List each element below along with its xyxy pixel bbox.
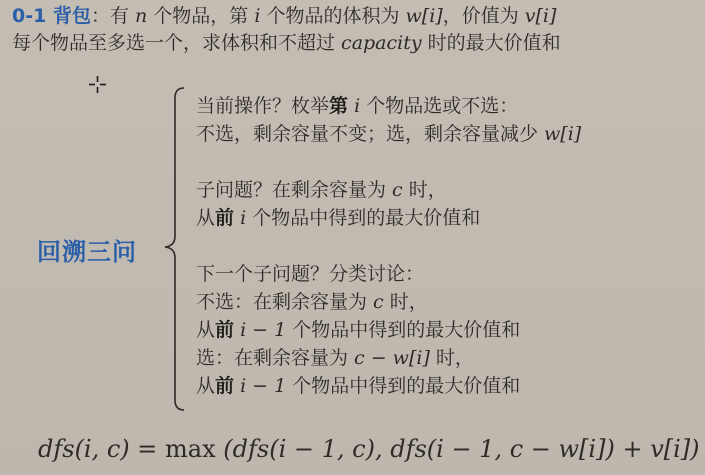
statement-line-2: 每个物品至多选一个，求体积和不超过 capacity 时的最大价值和 <box>12 30 561 57</box>
question-list: 当前操作？枚举第 i 个物品选或不选： 不选，剩余容量不变；选，剩余容量减少 w… <box>196 92 581 400</box>
question-subproblem: 子问题？在剩余容量为 c 时， 从前 i 个物品中得到的最大价值和 <box>196 176 581 232</box>
problem-statement: 0-1 背包：有 n 个物品，第 i 个物品的体积为 w[i]，价值为 v[i]… <box>12 3 561 57</box>
statement-line-1: 0-1 背包：有 n 个物品，第 i 个物品的体积为 w[i]，价值为 v[i] <box>12 3 561 30</box>
title: 0-1 背包 <box>12 5 91 27</box>
question-next-subproblem: 下一个子问题？分类讨论： 不选：在剩余容量为 c 时， 从前 i − 1 个物品… <box>196 260 581 400</box>
backtracking-three-questions-label: 回溯三问 <box>37 232 137 267</box>
left-curly-brace-icon <box>160 86 190 412</box>
recurrence-formula: dfs(i, c) = max (dfs(i − 1, c), dfs(i − … <box>38 435 700 463</box>
question-current-operation: 当前操作？枚举第 i 个物品选或不选： 不选，剩余容量不变；选，剩余容量减少 w… <box>196 92 581 148</box>
crosshair-cursor-icon <box>89 76 106 93</box>
